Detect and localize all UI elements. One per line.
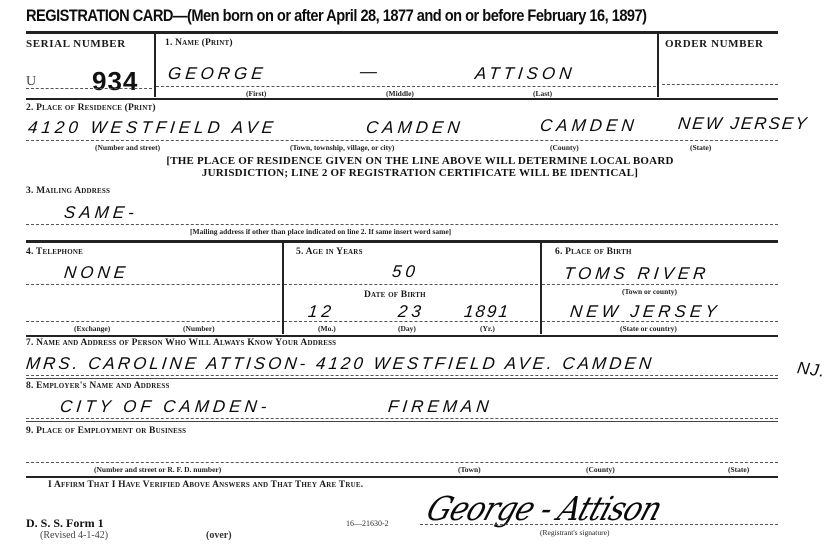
print-code: 16—21630-2 [346, 519, 389, 528]
contact-suffix: NJ. [796, 358, 827, 382]
residence-county-caption: (County) [550, 143, 579, 152]
telephone-label: 4. Telephone [26, 247, 83, 257]
dob-year: 1891 [463, 302, 511, 322]
employer-occupation: FIREMAN [387, 397, 494, 417]
signature-line [420, 524, 778, 525]
serial-number-label: SERIAL NUMBER [26, 38, 126, 50]
form-number: D. S. S. Form 1 [26, 516, 104, 531]
age-value: 50 [391, 262, 420, 282]
telephone-line-2 [26, 321, 280, 322]
residence-county: CAMDEN [539, 116, 639, 136]
residence-notice: [THE PLACE OF RESIDENCE GIVEN ON THE LIN… [70, 155, 770, 179]
name-last-caption: (Last) [533, 89, 552, 98]
contact-line [26, 375, 778, 376]
dob-label: Date of Birth [364, 290, 426, 300]
residence-street-caption: (Number and street) [95, 143, 160, 152]
divider-row3 [26, 240, 778, 243]
divider-row8 [26, 421, 778, 422]
divider-serial-name [154, 33, 156, 97]
birthplace-state-caption: (State or country) [620, 324, 677, 333]
divider-row7 [26, 378, 778, 379]
name-last: ATTISON [474, 64, 577, 84]
dob-month-caption: (Mo.) [318, 324, 336, 333]
serial-line [26, 88, 152, 89]
mailing-line [26, 224, 778, 225]
birthplace-town-line [542, 284, 778, 285]
card-title: REGISTRATION CARD—(Men born on or after … [26, 6, 647, 26]
employment-town-caption: (Town) [458, 465, 481, 474]
divider-row1 [26, 98, 778, 100]
order-number-label: ORDER NUMBER [665, 38, 764, 50]
name-label: 1. Name (Print) [165, 38, 233, 48]
birthplace-state: NEW JERSEY [569, 302, 722, 322]
birthplace-label: 6. Place of Birth [555, 247, 632, 257]
birthplace-state-line [542, 321, 778, 322]
employment-place-label: 9. Place of Employment or Business [26, 426, 186, 436]
employer-name: CITY OF CAMDEN- [59, 397, 272, 417]
residence-notice-line2: JURISDICTION; LINE 2 OF REGISTRATION CER… [70, 167, 770, 179]
dob-day: 23 [397, 302, 426, 322]
residence-state: NEW JERSEY [677, 114, 810, 134]
divider-name-order [657, 33, 659, 97]
employment-state-caption: (State) [728, 465, 749, 474]
telephone-value: NONE [63, 263, 130, 283]
residence-line [26, 140, 778, 141]
registrant-signature: George - Attison [422, 490, 666, 529]
residence-street: 4120 WESTFIELD AVE [27, 118, 278, 138]
residence-town-caption: (Town, township, village, or city) [290, 143, 394, 152]
serial-number-value: 934 [92, 66, 138, 97]
age-line [284, 284, 538, 285]
name-first: GEORGE [167, 64, 268, 84]
age-label: 5. Age in Years [296, 247, 363, 257]
telephone-number-caption: (Number) [183, 324, 215, 333]
employment-county-caption: (County) [586, 465, 615, 474]
dob-month: 12 [307, 302, 336, 322]
telephone-exchange-caption: (Exchange) [74, 324, 110, 333]
order-number-line [662, 84, 778, 85]
over-note: (over) [206, 530, 232, 541]
name-first-caption: (First) [246, 89, 266, 98]
dob-line [284, 321, 538, 322]
signature-caption: (Registrant's signature) [540, 528, 609, 537]
employment-place-line [26, 462, 778, 463]
mailing-caption: [Mailing address if other than place ind… [190, 227, 451, 236]
residence-town: CAMDEN [365, 118, 465, 138]
birthplace-town-caption: (Town or county) [622, 287, 677, 296]
employer-label: 8. Employer's Name and Address [26, 381, 170, 391]
divider-row9 [26, 476, 778, 478]
dob-day-caption: (Day) [398, 324, 416, 333]
telephone-line [26, 284, 280, 285]
divider-top [26, 31, 778, 34]
residence-label: 2. Place of Residence (Print) [26, 103, 156, 113]
mailing-label: 3. Mailing Address [26, 186, 110, 196]
employment-street-caption: (Number and street or R. F. D. number) [94, 465, 221, 474]
name-line [156, 86, 656, 87]
divider-row6 [26, 335, 778, 337]
birthplace-town: TOMS RIVER [563, 264, 711, 284]
name-middle-caption: (Middle) [386, 89, 414, 98]
residence-notice-line1: [THE PLACE OF RESIDENCE GIVEN ON THE LIN… [70, 155, 770, 167]
contact-label: 7. Name and Address of Person Who Will A… [26, 338, 336, 348]
mailing-value: SAME- [63, 203, 139, 223]
affirmation-text: I Affirm That I Have Verified Above Answ… [48, 480, 363, 490]
form-revised: (Revised 4-1-42) [40, 530, 108, 541]
contact-value: MRS. CAROLINE ATTISON- 4120 WESTFIELD AV… [25, 354, 655, 374]
residence-state-caption: (State) [690, 143, 711, 152]
name-middle: — [359, 62, 382, 82]
dob-year-caption: (Yr.) [480, 324, 495, 333]
employer-line [26, 418, 778, 419]
